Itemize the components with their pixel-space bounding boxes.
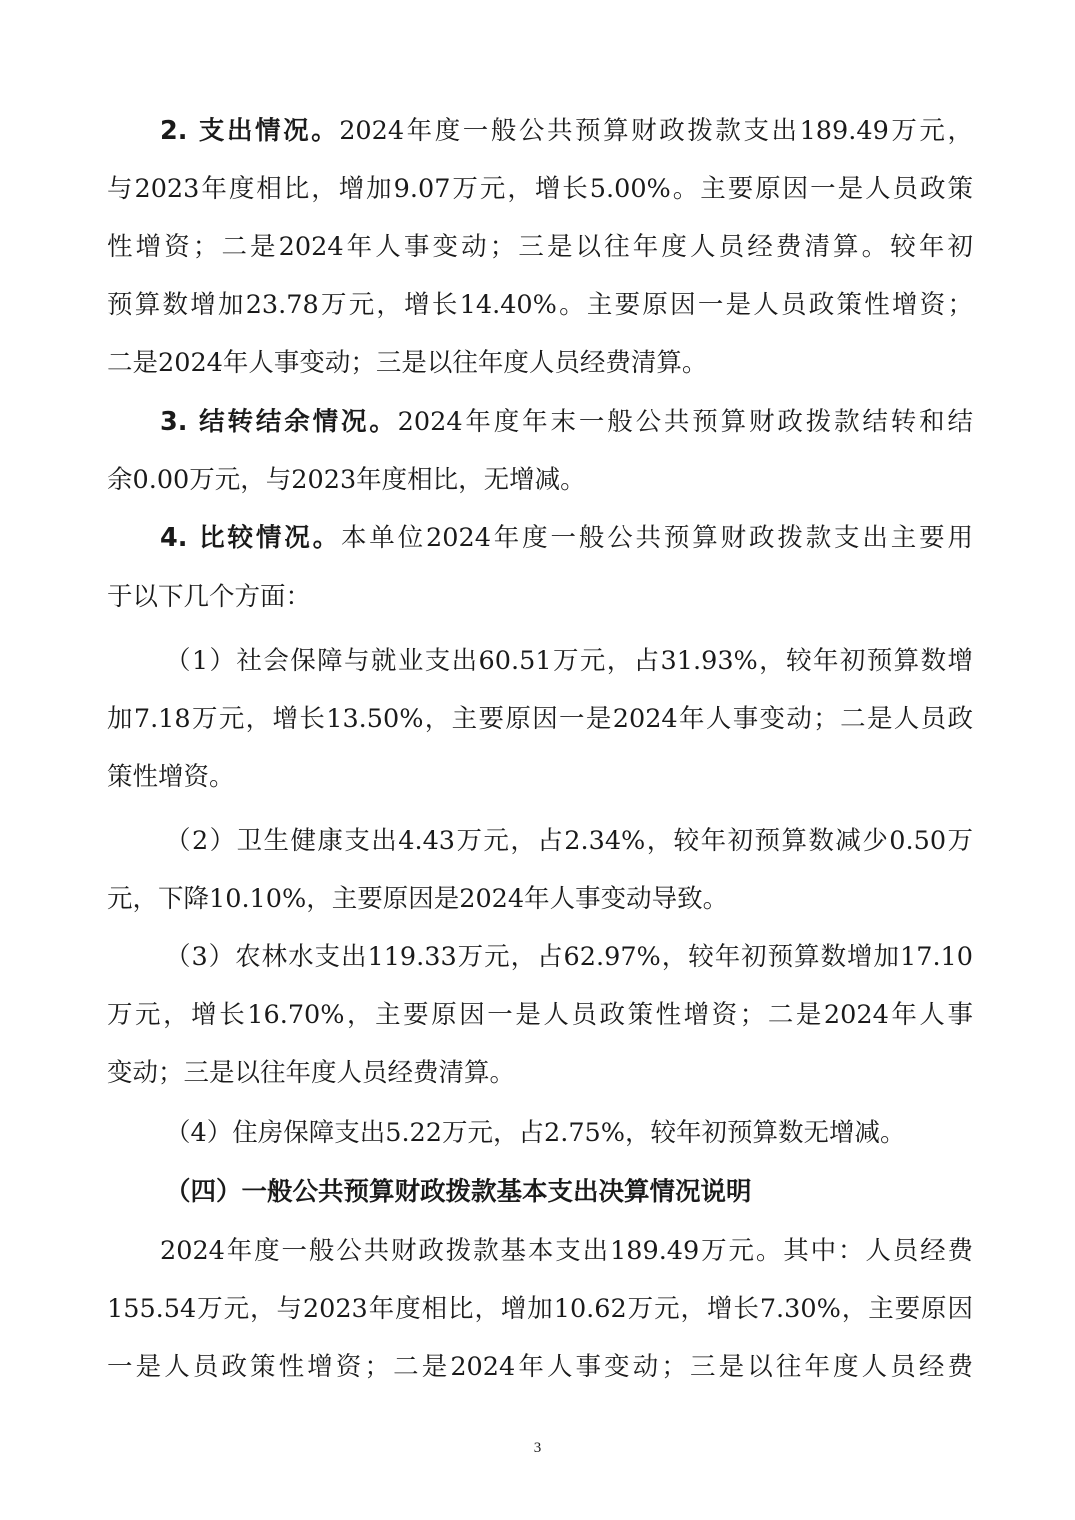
page-number: 3 bbox=[0, 1440, 1075, 1457]
section-heading-4: （四）一般公共预算财政拨款基本支出决算情况说明 bbox=[165, 1172, 973, 1212]
item-1-line-2: 加7.18万元，增长13.50%，主要原因一是2024年人事变动；二是人员政 bbox=[107, 699, 973, 739]
section-3-line-2: 余0.00万元，与2023年度相比，无增减。 bbox=[107, 460, 973, 500]
item-1-line-1: （1）社会保障与就业支出60.51万元，占31.93%，较年初预算数增 bbox=[165, 641, 973, 681]
item-3-line-2: 万元，增长16.70%，主要原因一是人员政策性增资；二是2024年人事 bbox=[107, 995, 973, 1035]
basic-line-1: 2024年度一般公共财政拨款基本支出189.49万元。其中：人员经费 bbox=[160, 1231, 973, 1271]
document-page: 2. 支出情况。2024年度一般公共预算财政拨款支出189.49万元， 与202… bbox=[0, 0, 1075, 1520]
item-3-line-3: 变动；三是以往年度人员经费清算。 bbox=[107, 1053, 973, 1093]
basic-line-3: 一是人员政策性增资；二是2024年人事变动；三是以往年度人员经费 bbox=[107, 1347, 973, 1387]
section-4-line-1: 4. 比较情况。本单位2024年度一般公共预算财政拨款支出主要用 bbox=[160, 518, 973, 558]
section-3-line-1: 3. 结转结余情况。2024年度年末一般公共预算财政拨款结转和结 bbox=[160, 402, 973, 442]
section-2-line-4: 预算数增加23.78万元，增长14.40%。主要原因一是人员政策性增资； bbox=[107, 285, 973, 325]
item-1-line-3: 策性增资。 bbox=[107, 757, 973, 797]
item-3-line-1: （3）农林水支出119.33万元，占62.97%，较年初预算数增加17.10 bbox=[165, 937, 973, 977]
section-2-line-3: 性增资；二是2024年人事变动；三是以往年度人员经费清算。较年初 bbox=[107, 227, 973, 267]
item-2-line-2: 元，下降10.10%，主要原因是2024年人事变动导致。 bbox=[107, 879, 973, 919]
section-4-label: 4. 比较情况。 bbox=[160, 523, 341, 553]
item-4-line-1: （4）住房保障支出5.22万元，占2.75%，较年初预算数无增减。 bbox=[165, 1113, 973, 1153]
section-2-label: 2. 支出情况。 bbox=[160, 116, 339, 146]
section-2-line-1: 2. 支出情况。2024年度一般公共预算财政拨款支出189.49万元， bbox=[160, 111, 973, 151]
item-2-line-1: （2）卫生健康支出4.43万元，占2.34%，较年初预算数减少0.50万 bbox=[165, 821, 973, 861]
section-2-line-5: 二是2024年人事变动；三是以往年度人员经费清算。 bbox=[107, 343, 973, 383]
section-4-line-2: 于以下几个方面： bbox=[107, 577, 973, 617]
basic-line-2: 155.54万元，与2023年度相比，增加10.62万元，增长7.30%，主要原… bbox=[107, 1289, 973, 1329]
section-2-line-2: 与2023年度相比，增加9.07万元，增长5.00%。主要原因一是人员政策 bbox=[107, 169, 973, 209]
section-3-label: 3. 结转结余情况。 bbox=[160, 407, 398, 437]
